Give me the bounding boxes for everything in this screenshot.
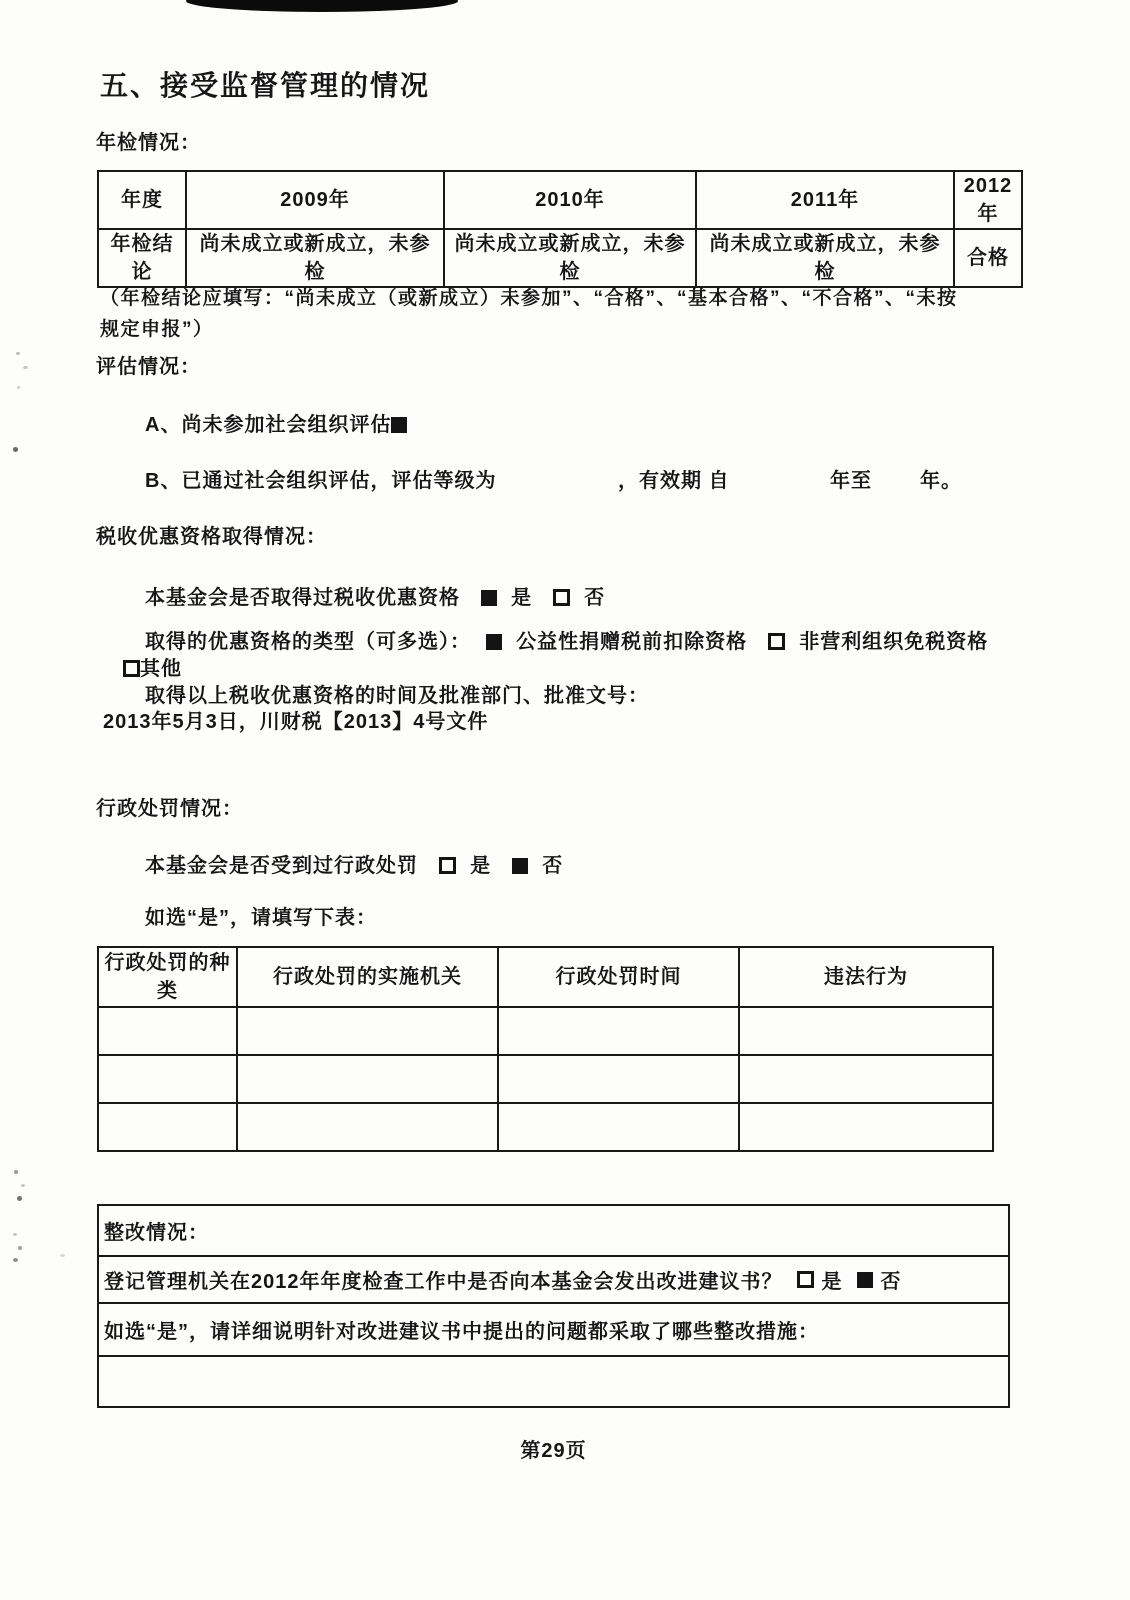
penalty-no-label: 否 — [542, 855, 563, 877]
rectification-yes-label: 是 — [822, 1265, 843, 1294]
assessment-heading: 评估情况： — [96, 350, 201, 379]
result-cell-2010: 尚未成立或新成立，未参检 — [444, 229, 696, 287]
scan-artifact-bar — [186, 0, 458, 12]
result-cell-2011: 尚未成立或新成立，未参检 — [696, 229, 954, 287]
penalty-header-time: 行政处罚时间 — [498, 947, 739, 1007]
penalty-header-agency: 行政处罚的实施机关 — [237, 947, 498, 1007]
year-cell-2011: 2011年 — [696, 171, 954, 229]
tax-q1-yes-label: 是 — [511, 587, 532, 609]
year-cell-2012: 2012年 — [954, 171, 1022, 229]
penalty-heading: 行政处罚情况： — [96, 792, 243, 821]
tax-q1-label: 本基金会是否取得过税收优惠资格 — [145, 587, 460, 609]
annual-inspection-note: （年检结论应填写：“尚未成立（或新成立）未参加”、“合格”、“基本合格”、“不合… — [100, 283, 1050, 345]
penalty-yes-label: 是 — [470, 855, 491, 877]
year-cell-2010: 2010年 — [444, 171, 696, 229]
penalty-table-header-row: 行政处罚的种类 行政处罚的实施机关 行政处罚时间 违法行为 — [98, 947, 993, 1007]
checkbox-unchecked-icon — [797, 1271, 814, 1288]
year-cell-2009: 2009年 — [186, 171, 444, 229]
assessment-validity-label: ，有效期 自 — [618, 464, 730, 493]
assessment-option-b-label: B、已通过社会组织评估，评估等级为 — [145, 464, 496, 493]
note-line-1: （年检结论应填写：“尚未成立（或新成立）未参加”、“合格”、“基本合格”、“不合… — [100, 283, 1050, 314]
rectification-heading: 整改情况： — [99, 1206, 1008, 1255]
tax-q2-option2-label: 非营利组织免税资格 — [799, 631, 988, 653]
penalty-q-label: 本基金会是否受到过行政处罚 — [145, 855, 418, 877]
scan-speck — [17, 386, 20, 389]
empty-cell — [498, 1103, 739, 1151]
rectification-box: 整改情况： 登记管理机关在2012年年度检查工作中是否向本基金会发出改进建议书？… — [97, 1204, 1010, 1408]
penalty-header-type: 行政处罚的种类 — [98, 947, 237, 1007]
annual-inspection-result-row: 年检结论 尚未成立或新成立，未参检 尚未成立或新成立，未参检 尚未成立或新成立，… — [98, 229, 1022, 287]
checkbox-unchecked-icon — [439, 857, 456, 874]
rectification-no-label: 否 — [881, 1265, 902, 1294]
empty-cell — [237, 1007, 498, 1055]
tax-q3-answer: 2013年5月3日，川财税【2013】4号文件 — [103, 705, 488, 734]
scan-speck — [16, 352, 20, 355]
empty-cell — [98, 1055, 237, 1103]
page-title: 五、接受监督管理的情况 — [100, 64, 430, 104]
penalty-empty-row — [98, 1103, 993, 1151]
empty-cell — [98, 1007, 237, 1055]
annual-inspection-heading: 年检情况： — [96, 126, 201, 155]
empty-cell — [498, 1055, 739, 1103]
penalty-table: 行政处罚的种类 行政处罚的实施机关 行政处罚时间 违法行为 — [97, 946, 994, 1152]
rectification-empty-row — [99, 1355, 1008, 1406]
tax-q3-label: 取得以上税收优惠资格的时间及批准部门、批准文号： — [145, 679, 649, 708]
year-corner-cell: 年度 — [98, 171, 186, 229]
rectification-q-label: 登记管理机关在2012年年度检查工作中是否向本基金会发出改进建议书？ — [104, 1265, 783, 1294]
assessment-year-end-label: 年。 — [920, 464, 962, 493]
assessment-year-to-label: 年至 — [830, 464, 872, 493]
checkbox-checked-icon — [486, 634, 502, 650]
penalty-empty-row — [98, 1007, 993, 1055]
empty-cell — [98, 1103, 237, 1151]
page-number: 第29页 — [97, 1434, 1010, 1463]
checkbox-unchecked-icon — [553, 589, 570, 606]
rectification-q-line: 登记管理机关在2012年年度检查工作中是否向本基金会发出改进建议书？ 是 否 — [99, 1255, 1008, 1302]
empty-cell — [739, 1103, 993, 1151]
assessment-option-b: B、已通过社会组织评估，评估等级为 ，有效期 自 年至 年。 — [145, 464, 1075, 492]
scan-speck — [23, 366, 28, 369]
checkbox-unchecked-icon — [123, 660, 140, 677]
rectification-note: 如选“是”，请详细说明针对改进建议书中提出的问题都采取了哪些整改措施： — [99, 1302, 1008, 1355]
penalty-q-line: 本基金会是否受到过行政处罚 是 否 — [145, 849, 563, 878]
assessment-option-a: A、尚未参加社会组织评估 — [145, 408, 407, 437]
scan-speck — [17, 1196, 22, 1201]
tax-q2-line: 取得的优惠资格的类型（可多选）： 公益性捐赠税前扣除资格 非营利组织免税资格 — [145, 625, 988, 654]
scan-speck — [14, 1170, 18, 1174]
penalty-fill-note: 如选“是”，请填写下表： — [145, 901, 377, 930]
tax-q1-line: 本基金会是否取得过税收优惠资格 是 否 — [145, 581, 605, 610]
scan-speck — [13, 1233, 17, 1236]
checkbox-checked-icon — [481, 590, 497, 606]
empty-cell — [739, 1055, 993, 1103]
scan-speck — [21, 1184, 25, 1187]
penalty-header-violation: 违法行为 — [739, 947, 993, 1007]
scan-speck — [13, 1258, 18, 1262]
penalty-empty-row — [98, 1055, 993, 1103]
result-row-label: 年检结论 — [98, 229, 186, 287]
checkbox-checked-icon — [857, 1272, 873, 1288]
empty-cell — [739, 1007, 993, 1055]
checkbox-unchecked-icon — [768, 633, 785, 650]
tax-q2-option3-label: 其他 — [140, 658, 182, 680]
result-cell-2012: 合格 — [954, 229, 1022, 287]
annual-inspection-table: 年度 2009年 2010年 2011年 2012年 年检结论 尚未成立或新成立… — [97, 170, 1023, 288]
tax-q2-other-line: 其他 — [123, 652, 182, 681]
tax-heading: 税收优惠资格取得情况： — [96, 520, 327, 549]
assessment-option-a-label: A、尚未参加社会组织评估 — [145, 414, 391, 436]
tax-q2-label: 取得的优惠资格的类型（可多选）： — [145, 631, 471, 653]
scan-speck — [18, 1246, 22, 1250]
note-line-2: 规定申报”） — [100, 314, 1050, 345]
empty-cell — [237, 1055, 498, 1103]
empty-cell — [498, 1007, 739, 1055]
result-cell-2009: 尚未成立或新成立，未参检 — [186, 229, 444, 287]
annual-inspection-header-row: 年度 2009年 2010年 2011年 2012年 — [98, 171, 1022, 229]
tax-q2-option1-label: 公益性捐赠税前扣除资格 — [516, 631, 747, 653]
empty-cell — [237, 1103, 498, 1151]
checkbox-checked-icon — [512, 858, 528, 874]
scan-speck — [13, 447, 18, 452]
checkbox-checked-icon — [391, 417, 407, 433]
scan-speck — [60, 1254, 65, 1257]
tax-q1-no-label: 否 — [584, 587, 605, 609]
